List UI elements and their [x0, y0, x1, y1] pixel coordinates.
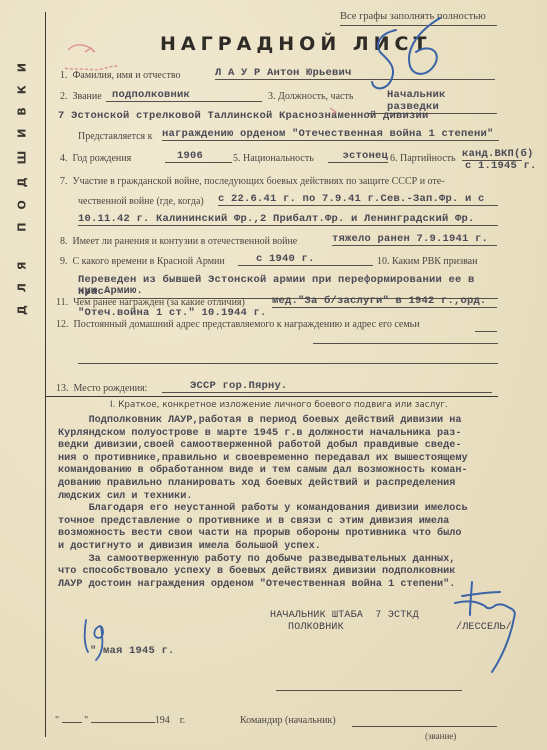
narrative-line: возможность вести свои части на прорыв о…	[58, 528, 468, 541]
narrative-line: командованию в обработанном виде и тем с…	[58, 465, 468, 478]
presented-for-value-award: награждению орденом "Отечественная война…	[162, 128, 499, 141]
commander-signature-line	[352, 726, 497, 727]
field-12-label: 12. Постоянный домашний адрес представля…	[56, 319, 420, 330]
signed-date: " мая 1945 г.	[90, 645, 175, 657]
narrative-line: За самоотверженную работу по добыче разв…	[58, 554, 468, 567]
document-title: НАГРАДНОЙ ЛИСТ	[160, 33, 431, 55]
field-11-value-line2: "Отеч.война 1 ст." 10.1944 г.	[78, 307, 267, 319]
field-4-label: 4. Год рождения	[60, 153, 131, 164]
field-5-label: 5. Национальность	[233, 153, 314, 164]
field-3-value-unit: 7 Эстонской стрелковой Таллинской Красно…	[58, 110, 429, 122]
field-4-value-birth-year: 1906	[165, 150, 232, 163]
field-8-value-wounds: тяжело ранен 7.9.1941 г.	[332, 233, 497, 246]
field-6-label: 6. Партийность	[390, 153, 456, 164]
signatory-position: НАЧАЛЬНИК ШТАБА 7 ЭСТКД	[270, 610, 419, 621]
signatory-name: /ЛЕССЕЛЬ/	[456, 622, 512, 633]
field-13-value-birthplace: ЭССР гор.Пярну.	[162, 380, 492, 393]
section-divider	[46, 396, 498, 397]
field-10-value-line2: ную Армию.	[78, 285, 143, 297]
narrative-line: ния о противнике,правильно и своевременн…	[58, 453, 468, 466]
narrative-line: точное представление о противнике и в св…	[58, 516, 468, 529]
field-7-label: 7. Участие в гражданской войне, последую…	[60, 176, 445, 187]
field-8-label: 8. Имеет ли ранения и контузии в отечест…	[60, 236, 297, 247]
field-2-label: 2. Звание	[60, 91, 102, 102]
commander-label: Командир (начальник)	[240, 715, 336, 726]
field-12-line1	[313, 343, 498, 344]
field-13-label: 13. Место рождения:	[56, 383, 147, 394]
field-1-value-full-name: Л А У Р Антон Юрьевич	[215, 67, 495, 80]
note-underline	[340, 25, 497, 26]
field-3-label: 3. Должность, часть	[268, 91, 353, 102]
presented-for-label: Представляется к	[78, 131, 153, 142]
field-1-label: 1. Фамилия, имя и отчество	[60, 70, 181, 81]
footer-date-template: " " 194 г.	[55, 715, 185, 726]
narrative-line: дованию правильно планировать ход боевых…	[58, 478, 468, 491]
section-1-heading: I. Краткое, конкретное изложение личного…	[110, 400, 448, 410]
field-5-value-nationality: эстонец	[328, 150, 388, 163]
fill-all-fields-note: Все графы заполнять полностью	[340, 11, 486, 22]
narrative-line: что способствовало успеху в боевых дейст…	[58, 566, 468, 579]
narrative-line: ЛАУР достоин награждения орденом "Отечес…	[58, 579, 468, 592]
field-10-label: 10. Каким РВК призван	[377, 256, 477, 267]
narrative-line: Подполковник ЛАУР,работая в период боевы…	[58, 415, 468, 428]
field-12-line0	[475, 331, 497, 332]
field-7-value-line2: 10.11.42 г. Калининский Фр.,2 Прибалт.Фр…	[78, 213, 498, 226]
narrative-line: Благодаря его неустанной работы у команд…	[58, 503, 468, 516]
rank-label: (звание)	[425, 731, 456, 741]
section-1-narrative: Подполковник ЛАУР,работая в период боевы…	[58, 415, 468, 591]
field-9-label: 9. С какого времени в Красной Армии	[60, 256, 225, 267]
narrative-line: ведки дивизии,своей самоотверженной рабо…	[58, 440, 468, 453]
field-9-value-since: с 1940 г.	[238, 253, 373, 266]
margin-rule	[45, 12, 46, 737]
field-11-value-line1: мед."За б/заслуги" в 1942 г.,орд.	[272, 295, 497, 308]
field-7-value-line1: с 22.6.41 г. по 7.9.41 г.Сев.-Зап.Фр. и …	[218, 193, 498, 206]
margin-label-for-filing: ДЛЯ ПОДШИВКИ	[16, 305, 29, 315]
narrative-line: и достигнуто и дивизия имела большой усп…	[58, 541, 468, 554]
field-2-value-rank: подполковник	[106, 89, 262, 102]
field-12-line2	[78, 363, 498, 364]
field-6-value-since: с 1.1945 г.	[465, 160, 537, 172]
narrative-line: людских сил и техники.	[58, 491, 468, 504]
signature-line	[276, 690, 462, 691]
field-7-label-cont: чественной войне (где, когда)	[78, 196, 204, 207]
narrative-line: Курляндском полуострове в марте 1945 г.в…	[58, 428, 468, 441]
signatory-rank: ПОЛКОВНИК	[288, 622, 344, 633]
